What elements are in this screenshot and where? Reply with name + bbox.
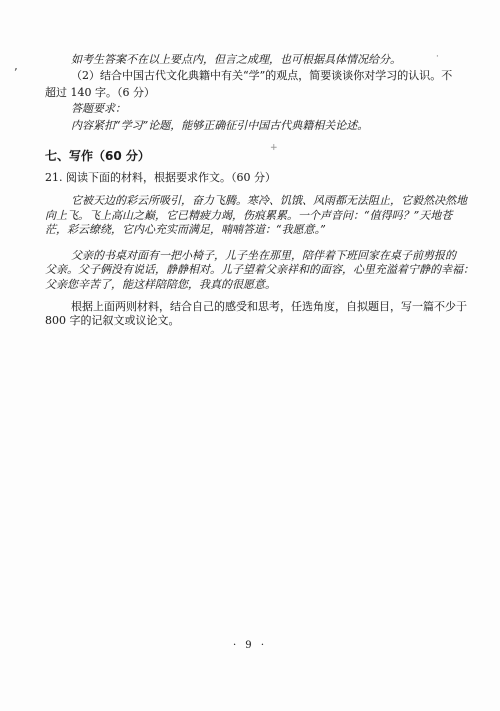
material-2-line-1: 父亲的书桌对面有一把小椅子，儿子坐在那里，陪伴着下班回家在桌子前剪报的 <box>45 249 445 264</box>
question2-line1: （2）结合中国古代文化典籍中有关“学”的观点，简要谈谈你对学习的认识。不 <box>45 68 445 84</box>
writing-task-line-1: 根据上面两则材料，结合自己的感受和思考，任选角度，自拟题目，写一篇不少于 <box>45 300 445 315</box>
section7-heading: 七、写作（60 分） <box>45 148 445 165</box>
material-2-line-3: 父亲您辛苦了，能这样陪陪您，我真的很愿意。 <box>45 278 445 293</box>
answer-requirements-label: 答题要求： <box>45 101 445 117</box>
writing-task-line-2: 800 字的记叙文或议论文。 <box>45 314 445 329</box>
material-2-line-2: 父亲。父子俩没有说话，静静相对。儿子望着父亲祥和的面容，心里充溢着宁静的幸福： <box>45 263 445 278</box>
material-1-line-2: 向上飞。飞上高山之巅，它已精疲力竭，伤痕累累。一个声音问：“值得吗？”天地苍 <box>45 209 445 224</box>
writing-task: 根据上面两则材料，结合自己的感受和思考，任选角度，自拟题目，写一篇不少于 800… <box>45 300 445 329</box>
exam-page-scan: ’ · + 如考生答案不在以上要点内，但言之成理，也可根据具体情况给分。 （2）… <box>0 0 500 711</box>
question2-block: 如考生答案不在以上要点内，但言之成理，也可根据具体情况给分。 （2）结合中国古代… <box>45 52 445 134</box>
material-1-line-3: 茫，彩云缭绕，它内心充实而满足，喃喃答道：“我愿意。” <box>45 223 445 238</box>
answer-requirements-text: 内容紧扣“学习”论题，能够正确征引中国古代典籍相关论述。 <box>45 118 445 134</box>
page-content: 如考生答案不在以上要点内，但言之成理，也可根据具体情况给分。 （2）结合中国古代… <box>45 52 445 329</box>
question2-line2: 超过 140 字。（6 分） <box>45 85 445 101</box>
page-number: · 9 · <box>0 640 500 651</box>
material-1-line-1: 它被天边的彩云所吸引，奋力飞腾。寒冷、饥饿、风雨都无法阻止，它毅然决然地 <box>45 194 445 209</box>
grading-note: 如考生答案不在以上要点内，但言之成理，也可根据具体情况给分。 <box>45 52 445 68</box>
question21-prompt: 21. 阅读下面的材料，根据要求作文。（60 分） <box>45 170 445 186</box>
material-2: 父亲的书桌对面有一把小椅子，儿子坐在那里，陪伴着下班回家在桌子前剪报的 父亲。父… <box>45 249 445 293</box>
material-1: 它被天边的彩云所吸引，奋力飞腾。寒冷、饥饿、风雨都无法阻止，它毅然决然地 向上飞… <box>45 194 445 238</box>
scan-speck-apostrophe: ’ <box>14 66 18 79</box>
